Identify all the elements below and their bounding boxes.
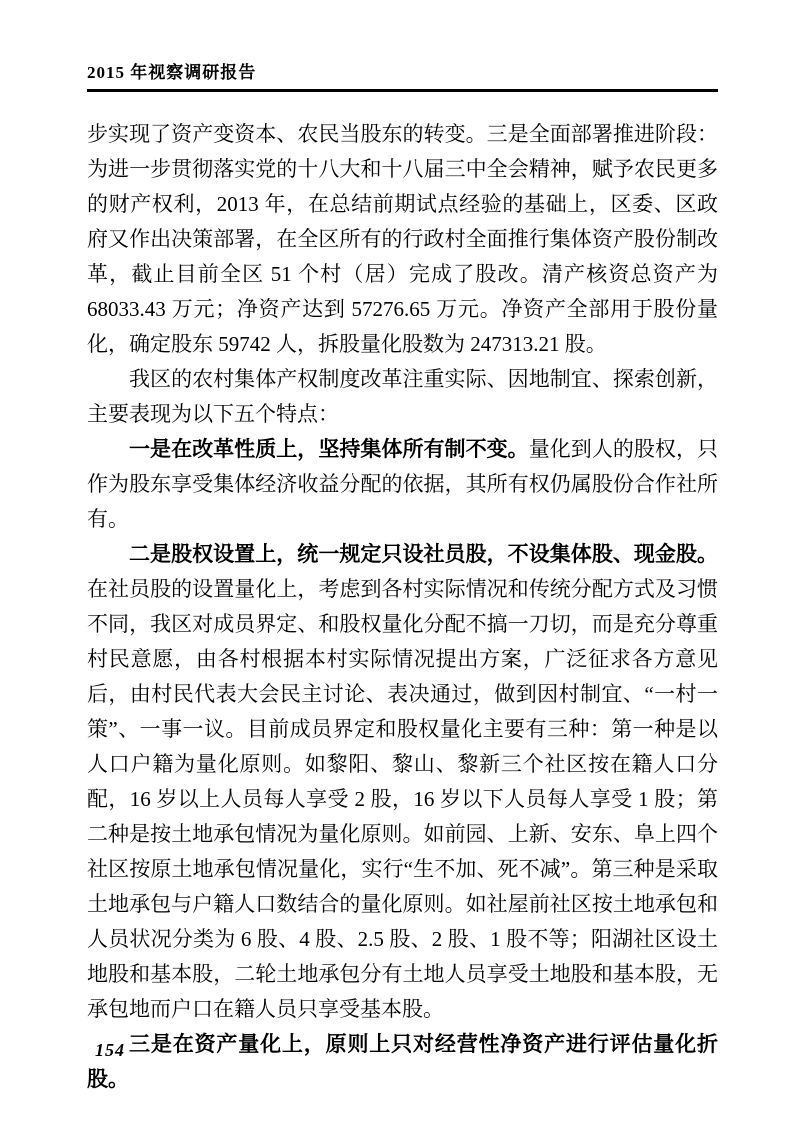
text-segment: 步实现了资产变资本、农民当股东的转变。三是全面部署推进阶段：为进一步贯彻落实党的…	[87, 122, 718, 356]
page-number: 154	[95, 1040, 125, 1060]
paragraph: 一是在改革性质上，坚持集体所有制不变。量化到人的股权，只作为股东享受集体经济收益…	[87, 432, 718, 537]
paragraph: 我区的农村集体产权制度改革注重实际、因地制宜、探索创新，主要表现为以下五个特点：	[87, 362, 718, 432]
page-footer: 154	[95, 1040, 125, 1061]
paragraph: 步实现了资产变资本、农民当股东的转变。三是全面部署推进阶段：为进一步贯彻落实党的…	[87, 117, 718, 362]
paragraph: 二是股权设置上，统一规定只设社员股，不设集体股、现金股。在社员股的设置量化上，考…	[87, 537, 718, 1027]
bold-text-segment: 一是在改革性质上，坚持集体所有制不变。	[129, 437, 529, 461]
text-segment: 在社员股的设置量化上，考虑到各村实际情况和传统分配方式及习惯不同，我区对成员界定…	[87, 577, 718, 1021]
paragraph: 三是在资产量化上，原则上只对经营性净资产进行评估量化折股。	[87, 1027, 718, 1097]
bold-text-segment: 二是股权设置上，统一规定只设社员股，不设集体股、现金股。	[129, 542, 718, 566]
header-rule	[87, 89, 718, 92]
text-segment: 我区的农村集体产权制度改革注重实际、因地制宜、探索创新，主要表现为以下五个特点：	[87, 367, 718, 426]
bold-text-segment: 三是在资产量化上，原则上只对经营性净资产进行评估量化折股。	[87, 1032, 718, 1091]
document-page: 2015 年视察调研报告 步实现了资产变资本、农民当股东的转变。三是全面部署推进…	[0, 0, 803, 1133]
header-title: 2015 年视察调研报告	[87, 60, 718, 86]
page-header: 2015 年视察调研报告	[87, 60, 718, 92]
document-body: 步实现了资产变资本、农民当股东的转变。三是全面部署推进阶段：为进一步贯彻落实党的…	[87, 117, 718, 1097]
